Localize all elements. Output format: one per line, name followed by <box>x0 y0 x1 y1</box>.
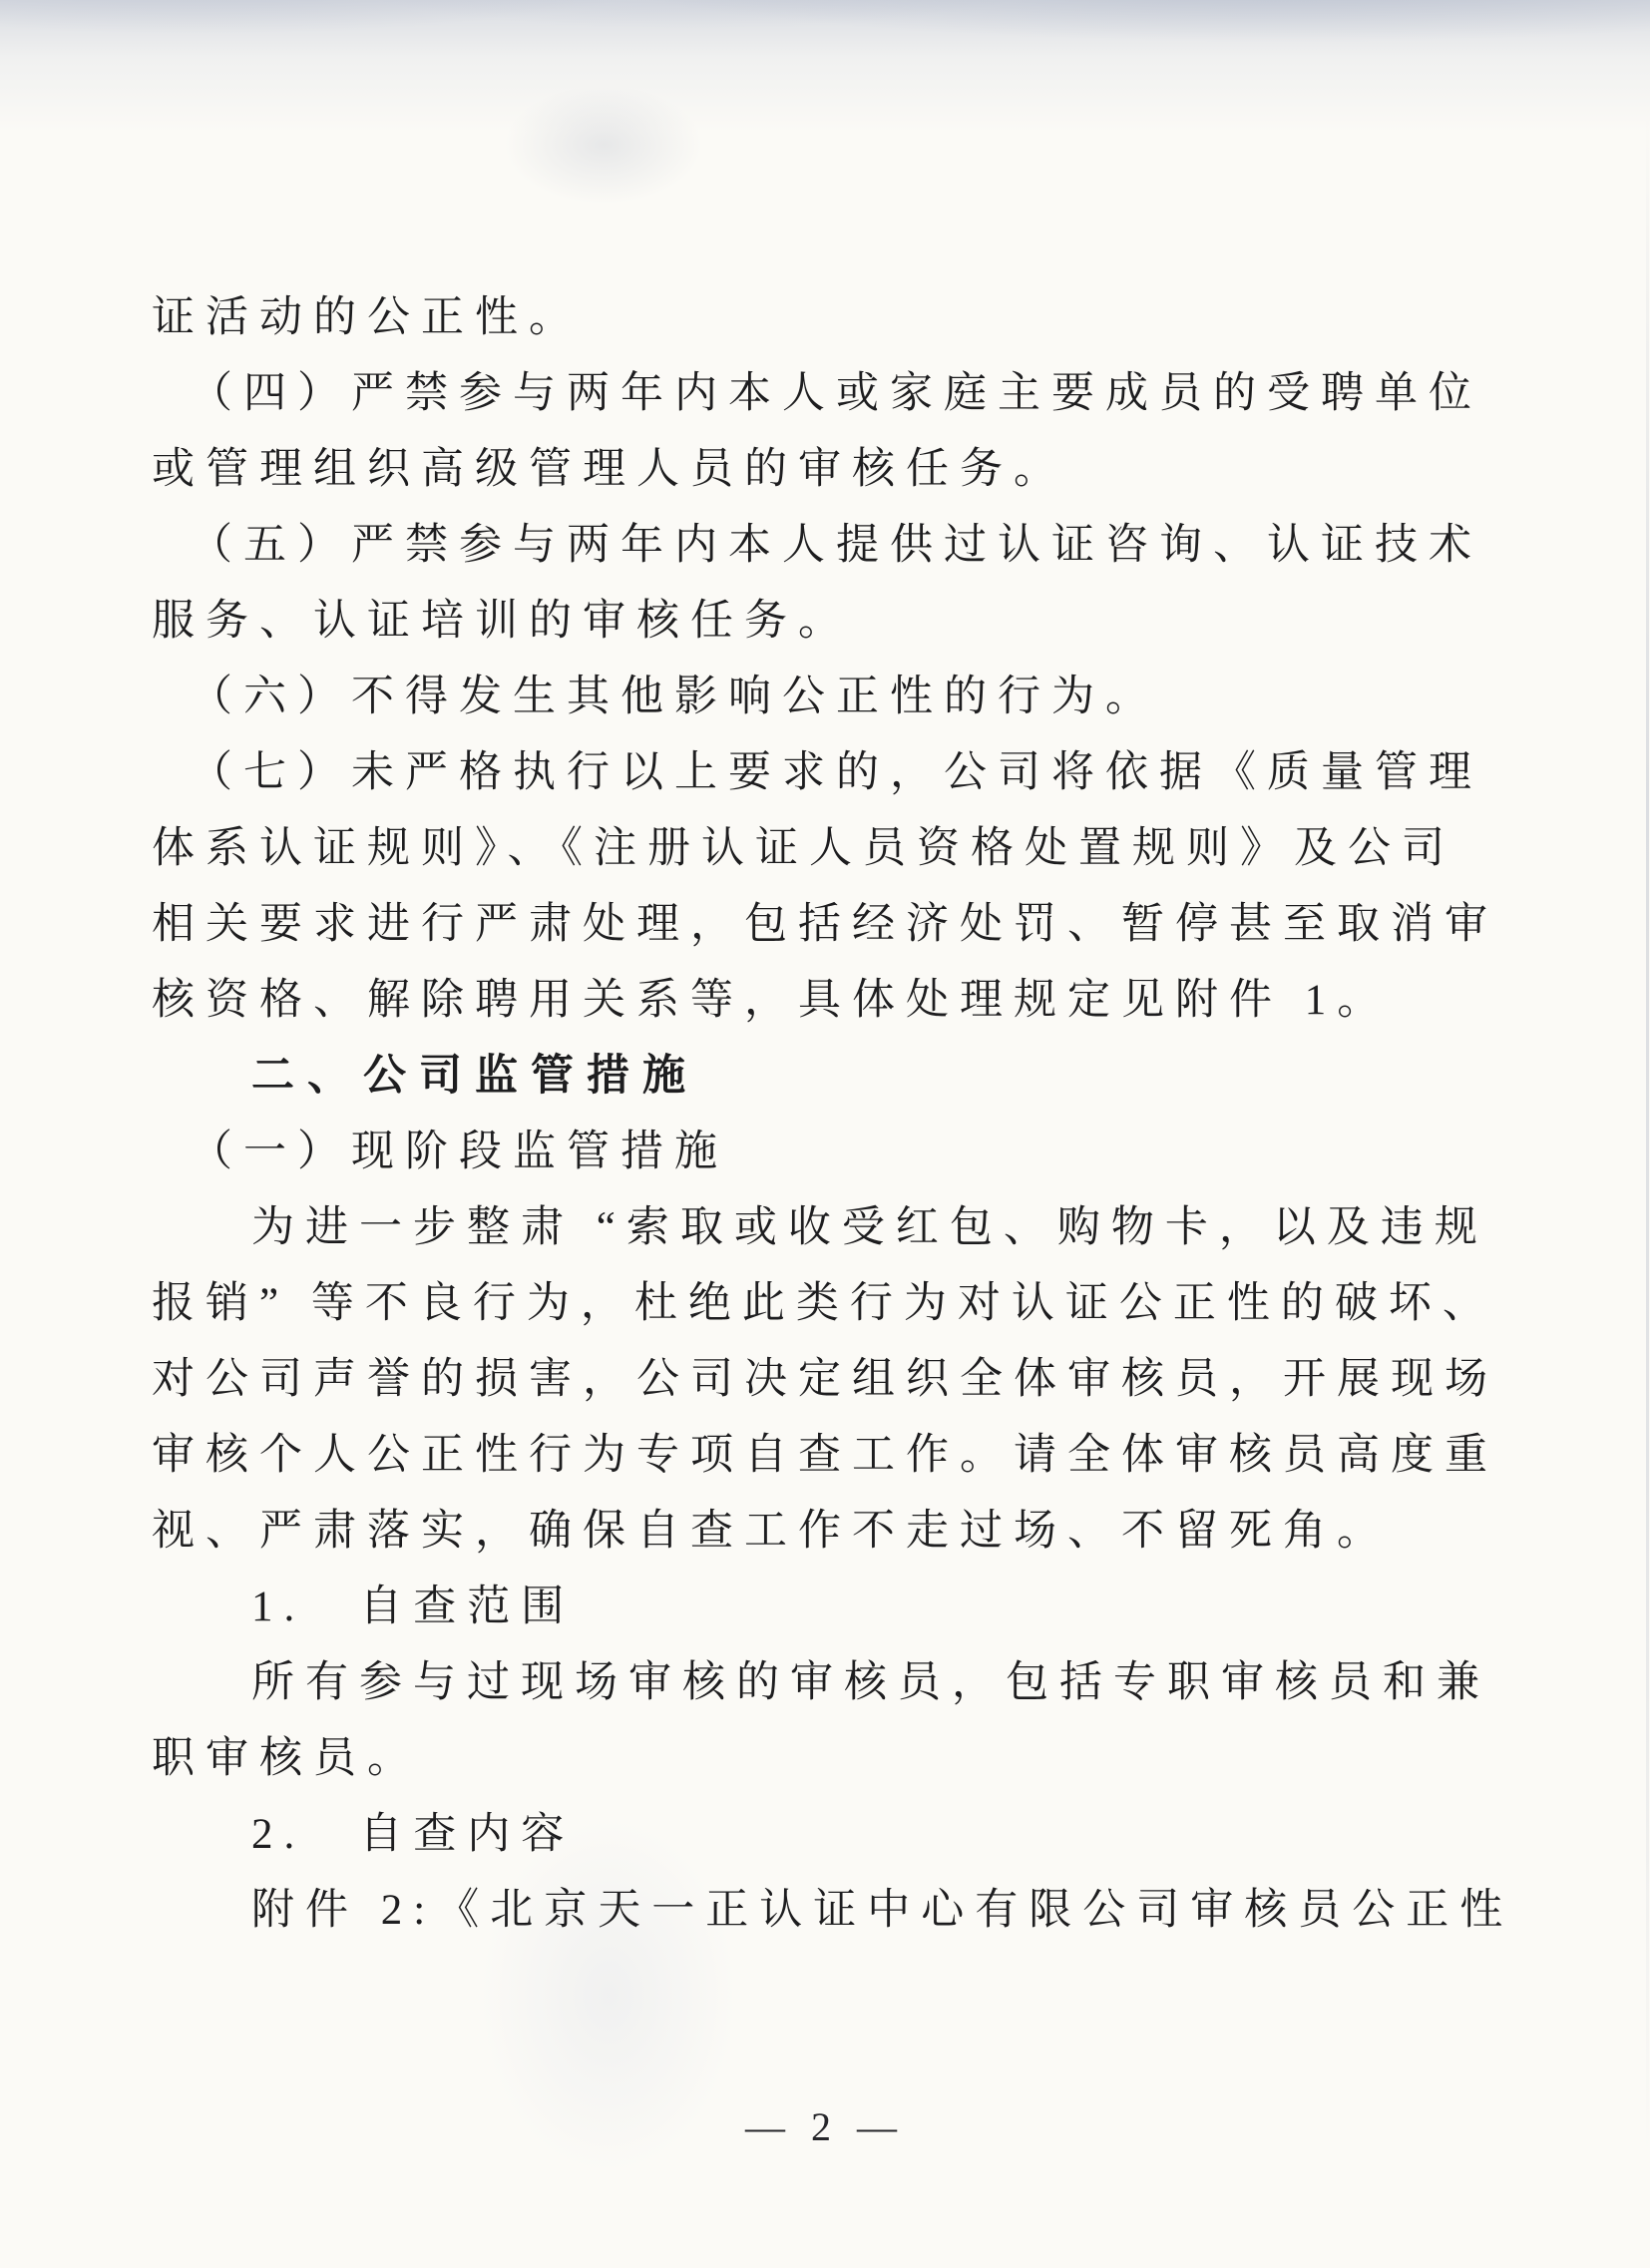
text-line: 服务、认证培训的审核任务。 <box>152 584 1518 660</box>
scan-artifact-right-edge <box>1646 0 1649 2268</box>
text-line: 报销” 等不良行为，杜绝此类行为对认证公正性的破坏、 <box>152 1266 1518 1342</box>
text-line: 体系认证规则》、《注册认证人员资格处置规则》及公司 <box>152 811 1518 887</box>
text-line: 所有参与过现场审核的审核员，包括专职审核员和兼 <box>152 1645 1518 1721</box>
text-line: 证活动的公正性。 <box>152 280 1518 356</box>
text-line: 核资格、解除聘用关系等，具体处理规定见附件 1。 <box>152 963 1518 1039</box>
document-page: 证活动的公正性。（四）严禁参与两年内本人或家庭主要成员的受聘单位或管理组织高级管… <box>0 0 1650 2268</box>
text-line: （四）严禁参与两年内本人或家庭主要成员的受聘单位 <box>152 356 1518 432</box>
text-line: 视、严肃落实，确保自查工作不走过场、不留死角。 <box>152 1494 1518 1570</box>
text-line: 附件 2:《北京天一正认证中心有限公司审核员公正性 <box>152 1873 1518 1949</box>
text-line: 职审核员。 <box>152 1721 1518 1797</box>
text-line: 二、公司监管措施 <box>152 1039 1518 1115</box>
scan-artifact-top-band <box>0 0 1650 170</box>
text-line: 2. 自查内容 <box>152 1797 1518 1873</box>
text-line: 1. 自查范围 <box>152 1570 1518 1645</box>
page-number: — 2 — <box>0 2103 1650 2150</box>
text-line: 对公司声誉的损害，公司决定组织全体审核员，开展现场 <box>152 1342 1518 1418</box>
text-line: （六）不得发生其他影响公正性的行为。 <box>152 660 1518 735</box>
document-body: 证活动的公正性。（四）严禁参与两年内本人或家庭主要成员的受聘单位或管理组织高级管… <box>152 280 1518 1949</box>
text-line: （七）未严格执行以上要求的，公司将依据《质量管理 <box>152 735 1518 811</box>
text-line: 或管理组织高级管理人员的审核任务。 <box>152 432 1518 508</box>
text-line: （一）现阶段监管措施 <box>152 1115 1518 1190</box>
scan-artifact-smudge <box>504 85 703 205</box>
text-line: （五）严禁参与两年内本人提供过认证咨询、认证技术 <box>152 508 1518 584</box>
text-line: 审核个人公正性行为专项自查工作。请全体审核员高度重 <box>152 1418 1518 1494</box>
text-line: 为进一步整肃 “索取或收受红包、购物卡，以及违规 <box>152 1190 1518 1266</box>
text-line: 相关要求进行严肃处理，包括经济处罚、暂停甚至取消审 <box>152 887 1518 963</box>
